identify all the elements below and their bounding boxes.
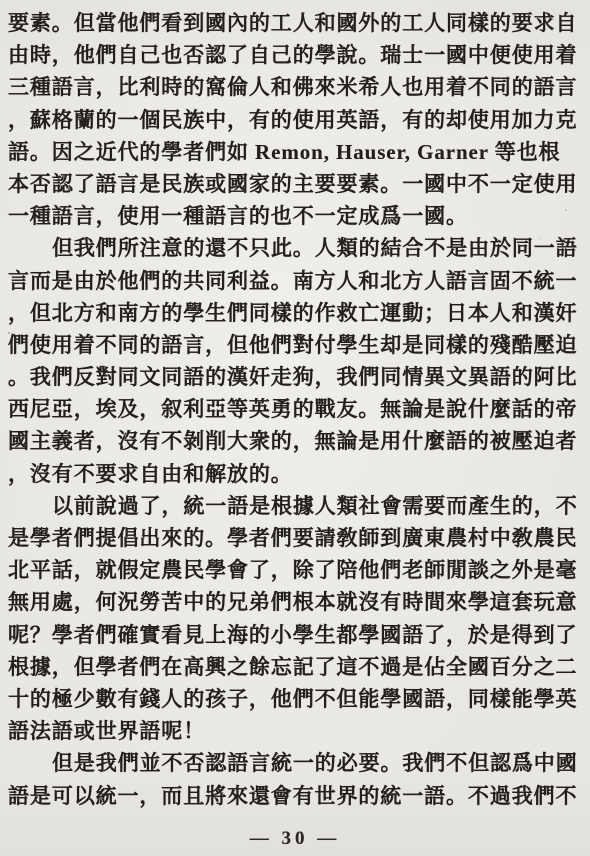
text-line: 西尼亞，埃及，叙利亞等英勇的戰友。無論是說什麼話的帝 [8,393,584,425]
text-line: 語法語或世界語呢！ [8,715,584,747]
text-line: 本否認了語言是民族或國家的主要要素。一國中不一定使用 [8,168,584,200]
text-line: 北平話，就假定農民學會了，除了陪他們老師閒談之外是毫 [8,554,584,586]
text-line: 無用處，何況勞苦中的兄弟們根本就沒有時間來學這套玩意 [8,586,584,618]
text-line: 三種語言，比利時的窩倫人和佛來米希人也用着不同的語言 [8,71,584,103]
text-line: 要素。但當他們看到國內的工人和國外的工人同樣的要求自 [8,7,584,39]
text-line: 呢？學者們確實看見上海的小學生都學國語了，於是得到了 [8,619,584,651]
page-number: — 30 — [0,828,590,850]
text-line: 以前說過了，統一語是根據人類社會需要而產生的，不 [8,490,584,522]
body-text-block: 要素。但當他們看到國內的工人和國外的工人同樣的要求自由時，他們自己也否認了自己的… [8,7,584,812]
text-line: 言而是由於他們的共同利益。南方人和北方人語言固不統一 [8,265,584,297]
text-line: 們使用着不同的語言，但他們對付學生却是同樣的殘酷壓迫 [8,329,584,361]
text-line: ，沒有不要求自由和解放的。 [8,458,584,490]
text-line: 。我們反對同文同語的漢奸走狗，我們同情異文異語的阿比 [8,361,584,393]
text-line: 語。因之近代的學者們如 Remon, Hauser, Garner 等也根 [8,136,584,168]
text-line: 是學者們提倡出來的。學者們要請敎師到廣東農村中敎農民 [8,522,584,554]
text-line: ，蘇格蘭的一個民族中，有的使用英語，有的却使用加力克 [8,104,584,136]
text-line: 由時，他們自己也否認了自己的學說。瑞士一國中便使用着 [8,39,584,71]
text-line: 根據，但學者們在高興之餘忘記了這不過是佔全國百分之二 [8,651,584,683]
text-line: 語是可以統一，而且將來還會有世界的統一語。不過我們不 [8,780,584,812]
text-line: 十的極少數有錢人的孩子，他們不但能學國語，同樣能學英 [8,683,584,715]
scanned-book-page: 要素。但當他們看到國內的工人和國外的工人同樣的要求自由時，他們自己也否認了自己的… [0,0,590,856]
text-line: 但是我們並不否認語言統一的必要。我們不但認爲中國 [8,747,584,779]
text-line: ，但北方和南方的學生們同樣的作救亡運動；日本人和漢奸 [8,297,584,329]
text-line: 國主義者，沒有不剝削大衆的，無論是用什麼語的被壓迫者 [8,425,584,457]
text-line: 但我們所注意的還不只此。人類的結合不是由於同一語 [8,232,584,264]
text-line: 一種語言，使用一種語言的也不一定成爲一國。 [8,200,584,232]
